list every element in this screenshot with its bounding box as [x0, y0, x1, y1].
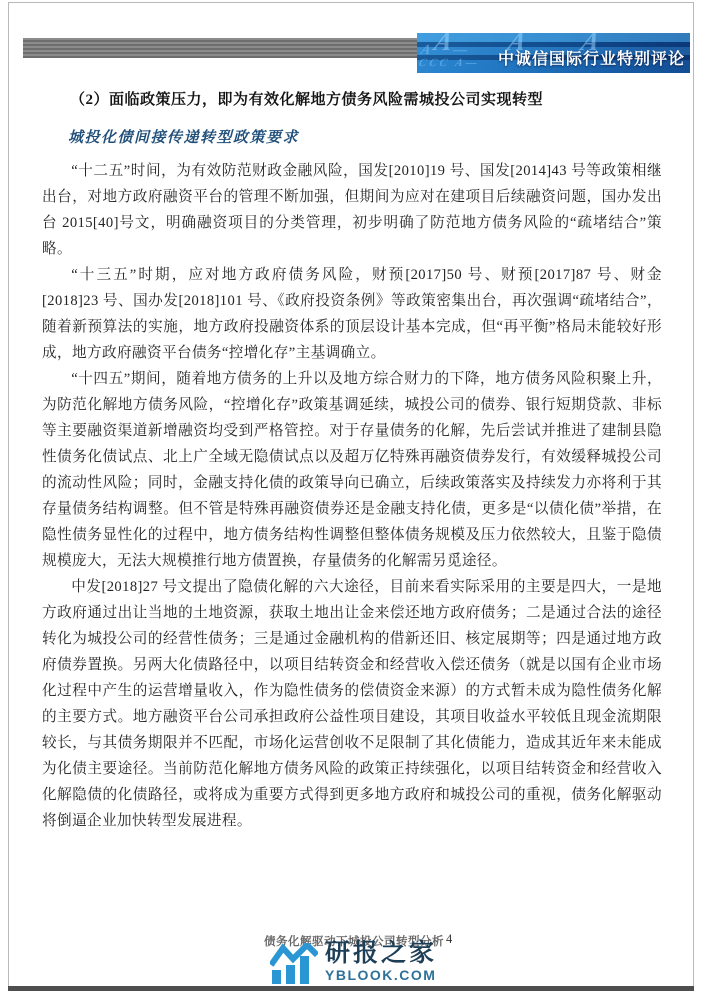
- paragraph-2: “十三五”时期，应对地方政府债务风险，财预[2017]50 号、财预[2017]…: [42, 262, 662, 366]
- watermark-site-name: 研报之家: [325, 940, 437, 966]
- paragraph-1: “十二五”时间，为有效防范财政金融风险，国发[2010]19 号、国发[2014…: [42, 158, 662, 262]
- paragraph-3: “十四五”期间，随着地方债务的上升以及地方综合财力的下降，地方债务风险积聚上升，…: [42, 366, 662, 574]
- page-number: 4: [446, 932, 452, 947]
- banner-title: 中诚信国际行业特别评论: [498, 46, 685, 69]
- document-body: （2）面临政策压力，即为有效化解地方债务风险需城投公司实现转型 城投化债间接传递…: [42, 88, 662, 834]
- header-banner: A A A A — CCC A— 中诚信国际行业特别评论: [417, 33, 690, 73]
- paragraph-4: 中发[2018]27 号文提出了隐债化解的六大途径，目前来看实际采用的主要是四大…: [42, 574, 662, 834]
- watermark-site-url: YBLOOK.COM: [325, 967, 437, 983]
- header-gray-bar: [23, 38, 430, 58]
- page-bottom-bar: [8, 986, 694, 991]
- watermark-logo: 研报之家 YBLOOK.COM: [270, 940, 437, 985]
- banner-decor-rating-letters: CCC A—: [418, 57, 482, 69]
- bar-chart-mountain-icon: [270, 943, 318, 985]
- watermark-text: 研报之家 YBLOOK.COM: [325, 940, 437, 983]
- sub-heading: 城投化债间接传递转型政策要求: [68, 126, 662, 147]
- section-heading: （2）面临政策压力，即为有效化解地方债务风险需城投公司实现转型: [70, 88, 662, 109]
